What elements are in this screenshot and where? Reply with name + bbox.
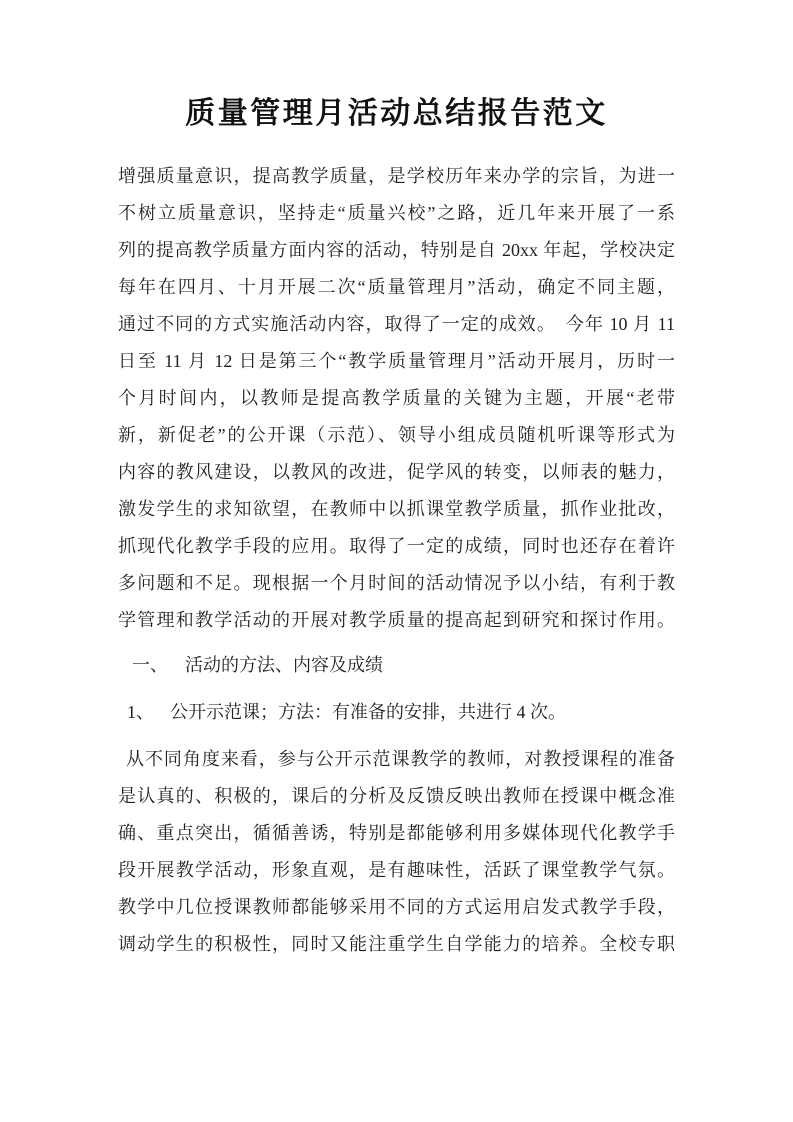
text-line: 教学中几位授课教师都能够采用不同的方式运用启发式教学手段， (118, 889, 675, 926)
text-line: 内容的教风建设，以教风的改进，促学风的转变，以师表的魅力， (118, 454, 675, 491)
intro-paragraph: 增强质量意识，提高教学质量，是学校历年来办学的宗旨，为进一不树立质量意识，坚持走… (118, 158, 675, 639)
text-line: 从不同角度来看，参与公开示范课教学的教师，对教授课程的准备 (118, 741, 675, 778)
list-item-marker: 1、 (127, 702, 170, 722)
text-line: 列的提高教学质量方面内容的活动，特别是自 20xx 年起，学校决定 (118, 232, 675, 269)
document-page: 质量管理月活动总结报告范文 增强质量意识，提高教学质量，是学校历年来办学的宗旨，… (0, 0, 793, 1122)
section-heading-1: 一、活动的方法、内容及成绩 (118, 647, 675, 684)
heading-text: 活动的方法、内容及成绩 (185, 655, 383, 675)
text-line: 不树立质量意识，坚持走“质量兴校”之路，近几年来开展了一系 (118, 195, 675, 232)
text-line: 调动学生的积极性，同时又能注重学生自学能力的培养。全校专职 (118, 926, 675, 963)
text-line: 段开展教学活动，形象直观，是有趣味性，活跃了课堂教学气氛。 (118, 852, 675, 889)
list-item-text: 公开示范课；方法：有准备的安排，共进行 4 次。 (170, 702, 566, 722)
text-line: 通过不同的方式实施活动内容，取得了一定的成效。 今年 10 月 11 (118, 306, 675, 343)
text-line: 确、重点突出，循循善诱，特别是都能够利用多媒体现代化教学手 (118, 815, 675, 852)
text-line: 每年在四月、十月开展二次“质量管理月”活动，确定不同主题， (118, 269, 675, 306)
list-item-1: 1、公开示范课；方法：有准备的安排，共进行 4 次。 (118, 694, 675, 731)
text-line: 日至 11 月 12 日是第三个“教学质量管理月”活动开展月，历时一 (118, 343, 675, 380)
document-title: 质量管理月活动总结报告范文 (118, 96, 675, 132)
text-line: 新，新促老”的公开课（示范）、领导小组成员随机听课等形式为 (118, 417, 675, 454)
text-line: 增强质量意识，提高教学质量，是学校历年来办学的宗旨，为进一 (118, 158, 675, 195)
text-line: 是认真的、积极的，课后的分析及反馈反映出教师在授课中概念准 (118, 778, 675, 815)
document-body: 增强质量意识，提高教学质量，是学校历年来办学的宗旨，为进一不树立质量意识，坚持走… (118, 158, 675, 963)
text-line: 个月时间内，以教师是提高教学质量的关键为主题，开展“老带 (118, 380, 675, 417)
text-line: 多问题和不足。现根据一个月时间的活动情况予以小结，有利于教 (118, 565, 675, 602)
heading-marker: 一、 (132, 655, 185, 675)
text-line: 学管理和教学活动的开展对教学质量的提高起到研究和探讨作用。 (118, 602, 675, 639)
text-line: 激发学生的求知欲望，在教师中以抓课堂教学质量，抓作业批改， (118, 491, 675, 528)
body-paragraph-1: 从不同角度来看，参与公开示范课教学的教师，对教授课程的准备是认真的、积极的，课后… (118, 741, 675, 963)
text-line: 抓现代化教学手段的应用。取得了一定的成绩，同时也还存在着许 (118, 528, 675, 565)
